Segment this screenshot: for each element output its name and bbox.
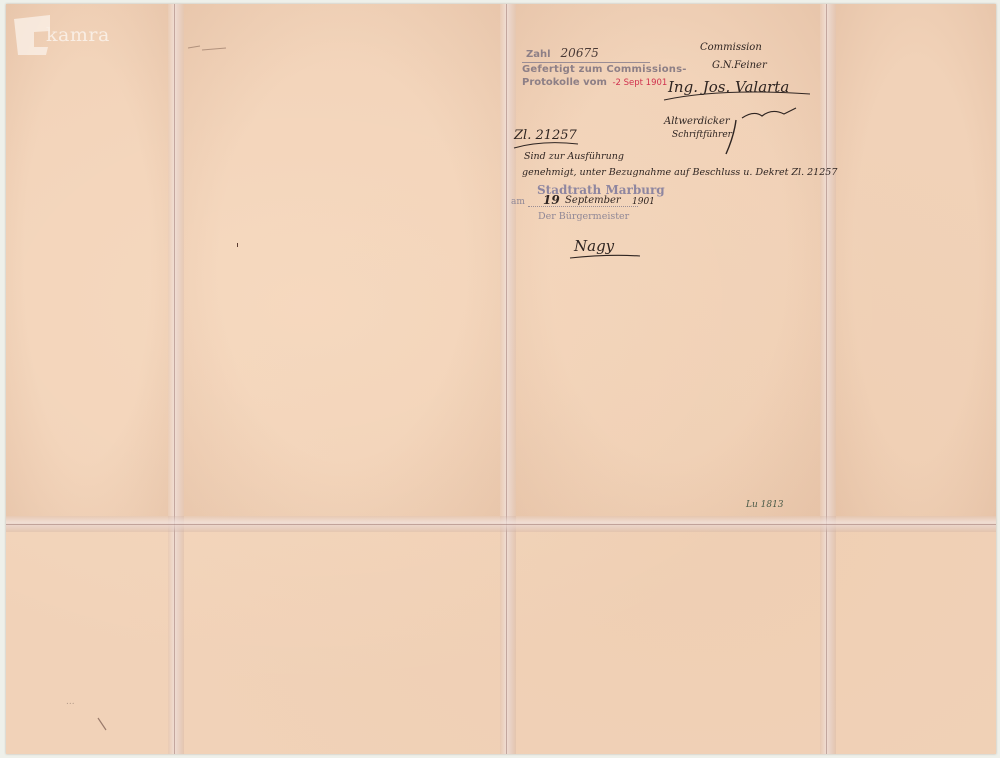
vertical-fold-1 <box>168 4 184 754</box>
signature-feiner: G.N.Feiner <box>712 60 767 71</box>
vertical-fold-3 <box>820 4 836 754</box>
resolution-line-2: genehmigt, unter Bezugnahme auf Beschlus… <box>522 167 837 178</box>
document-sheet <box>6 4 996 754</box>
zahl-row: Zahl 20675 <box>522 47 650 63</box>
mayor-title-stamp: Der Bürgermeister <box>538 211 629 222</box>
signature-commission: Commission <box>700 42 762 53</box>
kamra-logo-icon <box>12 13 52 57</box>
resolution-line-1: Sind zur Ausführung <box>524 151 624 162</box>
vertical-fold-2 <box>500 4 516 754</box>
panel-mid-left-top <box>184 4 500 516</box>
mayor-signature-underline <box>568 252 648 262</box>
pencil-stroke-bottom-left <box>96 716 116 736</box>
pencil-marks <box>186 44 236 56</box>
signature-altwerdicker: Altwerdicker <box>664 116 730 127</box>
date-day: 19 <box>543 193 560 207</box>
am-label: am <box>511 197 525 207</box>
registry-stamp: Zahl 20675 Gefertigt zum Commissions- Pr… <box>522 47 662 90</box>
faint-pencil-note: ... <box>66 697 75 707</box>
date-month: September <box>565 195 621 206</box>
panel-left-top <box>6 4 168 516</box>
ink-dot <box>237 243 238 247</box>
panel-right-top <box>836 4 996 516</box>
date-year: 1901 <box>632 197 655 207</box>
zahl-label: Zahl <box>526 48 551 61</box>
stamp-line-protocol: Protokolle vom -2 Sept 1901 <box>522 76 662 90</box>
horizontal-fold <box>6 516 996 532</box>
kamra-watermark: kamra <box>12 12 110 58</box>
stamp-protocol-label: Protokolle vom <box>522 77 607 88</box>
archive-note: Lu 1813 <box>746 500 784 510</box>
kamra-brand-text: kamra <box>46 24 110 46</box>
zahl-number: 20675 <box>561 47 599 60</box>
stamp-line-commission: Gefertigt zum Commissions- <box>522 63 662 76</box>
signature-scribble-right <box>740 104 800 124</box>
signature-stroke-down <box>722 118 742 158</box>
